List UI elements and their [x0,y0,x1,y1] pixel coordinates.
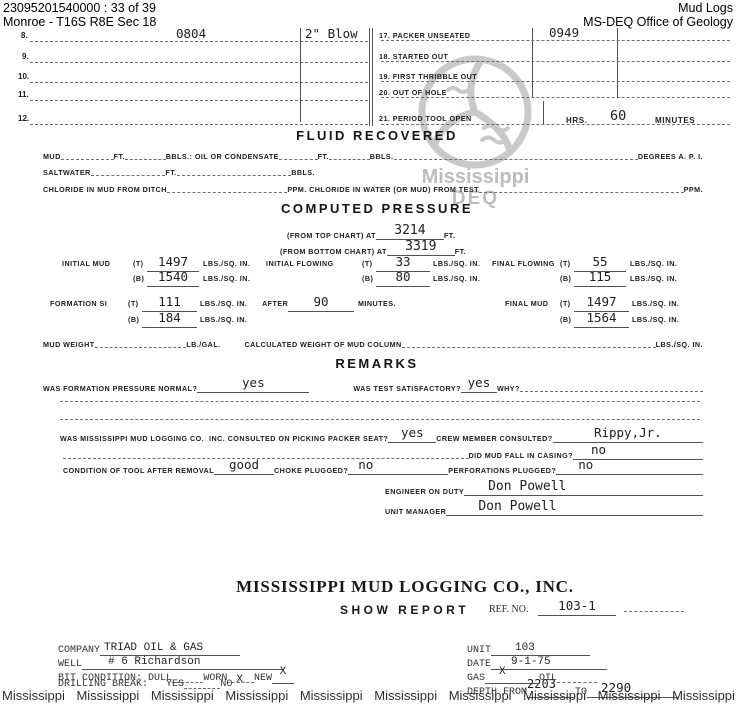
chloride-ditch-label: CHLORIDE IN MUD FROM DITCH [43,185,167,194]
engineer-value: Don Powell [488,479,566,494]
rule-line [30,100,368,101]
doc-office: MS-DEQ Office of Geology [583,15,733,29]
hours-entry: 60 [610,110,626,122]
engineer-field: Don Powell [464,477,703,496]
final-flowing-b-field: 115 [574,268,626,287]
footer-watermark-word: Mississippi [374,688,437,703]
b-label: (B) [560,315,571,324]
final-mud-b-value: 1564 [586,310,616,325]
footer-watermark-word: Mississippi [300,688,363,703]
bottom-chart-depth-value: 3319 [405,239,436,254]
blank-field [520,388,703,392]
after-minutes-field: 90 [288,293,354,312]
footer-watermark-word: Mississippi [523,688,586,703]
row-number: 8. [21,31,28,40]
column-divider [372,28,373,126]
lbs-label: LBS./SQ. IN. [203,259,250,268]
fluid-saltwater-line: SALTWATER FT. BBLS. [43,168,315,177]
blank-field [125,156,166,160]
tool-condition-label: CONDITION OF TOOL AFTER REMOVAL [63,466,214,475]
fluid-mud-line: MUD FT. BBLS.: OIL OR CONDENSATE FT. BBL… [43,152,703,161]
rule-line [381,81,730,82]
b-label: (B) [560,274,571,283]
minutes-label: MINUTES [655,116,695,126]
lbs-label: LBS./SQ. IN. [200,315,247,324]
formation-b-value: 184 [158,310,181,325]
time-entry: 0804 [176,28,206,40]
t-label: (T) [128,299,139,308]
packer-unseated-label: 17. PACKER UNSEATED [379,31,470,40]
column-divider [543,101,544,125]
no-check-mark: X [232,675,243,686]
crew-member-value: Rippy,Jr. [594,425,662,440]
initial-flowing-b-value: 80 [395,269,410,284]
formation-si-label: FORMATION SI [50,299,107,308]
final-flowing-label: FINAL FLOWING [492,259,555,268]
mud-weight-label: MUD WEIGHT [43,340,95,349]
tool-condition-line: CONDITION OF TOOL AFTER REMOVAL good CHO… [63,456,703,475]
rule-line [30,41,368,42]
ppm-label: PPM. [684,185,703,194]
choke-plugged-label: CHOKE PLUGGED? [274,466,348,475]
t-label: (T) [133,259,144,268]
tool-condition-value: good [229,457,259,472]
perforations-plugged-value: no [578,457,593,472]
scanned-mud-log-page: Mississippi DEQ 23095201540000 : 33 of 3… [0,0,737,705]
rule-line [30,124,368,125]
rule-line [381,61,730,62]
after-minutes-value: 90 [313,294,328,309]
blank-field [402,344,656,348]
ft-label: FT. [114,152,125,161]
t-label: (T) [560,299,571,308]
formation-t-value: 111 [158,294,181,309]
company-title: MISSISSIPPI MUD LOGGING CO., INC. [20,577,737,597]
new-check-mark: X [280,666,287,678]
minutes-label: MINUTES. [358,299,396,308]
mud-weight-line: MUD WEIGHT LB./GAL. CALCULATED WEIGHT OF… [43,340,703,349]
test-satisfactory-field: yes [461,374,497,393]
final-flowing-b-value: 115 [589,269,612,284]
doc-location: Monroe - T16S R8E Sec 18 [3,15,156,29]
fluid-recovered-heading: FLUID RECOVERED [20,128,734,143]
rule-line [30,82,368,83]
row-number: 12. [18,114,29,123]
started-out-label: 18. STARTED OUT [379,52,448,61]
blank-field [394,156,638,160]
from-bottom-chart-label: (FROM BOTTOM CHART) AT [280,247,387,256]
footer-watermark-word: Mississippi [151,688,214,703]
t-label: (T) [362,259,373,268]
computed-pressure-heading: COMPUTED PRESSURE [20,201,734,216]
lbs-label: LBS./SQ. IN. [632,315,679,324]
after-label: AFTER [262,299,288,308]
header-left: 23095201540000 : 33 of 39 Monroe - T16S … [3,1,156,29]
lbs-label: LBS./SQ. IN. [630,274,677,283]
footer-watermark-row: Mississippi Mississippi Mississippi Miss… [2,688,735,703]
initial-mud-b-field: 1540 [147,268,199,287]
engineer-on-duty-label: ENGINEER ON DUTY [385,487,464,496]
initial-mud-label: INITIAL MUD [62,259,110,268]
mud-label: MUD [43,152,61,161]
new-checkbox-field: X [272,665,294,684]
rule-line [30,62,368,63]
footer-watermark-word: Mississippi [225,688,288,703]
blank-field [177,172,291,176]
hrs-label: HRS. [566,116,588,126]
blank-field [279,156,318,160]
lb-gal-label: LB./GAL. [186,340,220,349]
time-entry: 0949 [549,27,579,39]
lbs-label: LBS./SQ. IN. [656,340,703,349]
chloride-test-label: PPM. CHLORIDE IN WATER (OR MUD) FROM TES… [287,185,479,194]
column-divider [300,28,301,122]
blank-field [479,189,684,193]
blank-remarks-line [60,419,700,420]
lbs-label: LBS./SQ. IN. [630,259,677,268]
bbls-oil-label: BBLS.: OIL OR CONDENSATE [166,152,279,161]
why-label: WHY? [497,384,520,393]
ref-no-label: REF. NO. [489,604,528,615]
pressure-normal-label: WAS FORMATION PRESSURE NORMAL? [43,384,197,393]
engineer-line: ENGINEER ON DUTY Don Powell [385,477,703,496]
first-thribble-out-label: 19. FIRST THRIBBLE OUT [379,72,477,81]
initial-flowing-t-value: 33 [395,254,410,269]
blank-field [329,156,370,160]
lbs-label: LBS./SQ. IN. [632,299,679,308]
ft-label: FT. [455,247,466,256]
perforations-plugged-field: no [556,456,703,475]
show-report-title: SHOW REPORT [340,603,469,617]
calc-weight-label: CALCULATED WEIGHT OF MUD COLUMN [245,340,402,349]
footer-watermark-word: Mississippi [449,688,512,703]
mud-fall-value: no [591,442,606,457]
footer-watermark-word: Mississippi [672,688,735,703]
blank-field [61,156,114,160]
final-mud-t-value: 1497 [586,294,616,309]
blank-field [91,172,166,176]
final-mud-b-field: 1564 [574,309,629,328]
initial-mud-b-value: 1540 [158,269,188,284]
pressure-normal-value: yes [242,375,265,390]
lbs-label: LBS./SQ. IN. [200,299,247,308]
test-satisfactory-label: WAS TEST SATISFACTORY? [353,384,461,393]
pressure-normal-field: yes [197,374,309,393]
row-number: 9. [22,52,29,61]
doc-type: Mud Logs [583,1,733,15]
remarks-heading: REMARKS [20,356,734,371]
unit-manager-label: UNIT MANAGER [385,507,446,516]
row-number: 10. [18,72,29,81]
b-label: (B) [128,315,139,324]
initial-flowing-label: INITIAL FLOWING [266,259,334,268]
t-label: (T) [560,259,571,268]
ref-no-value: 103-1 [558,598,596,613]
blank-field [95,344,187,348]
formation-b-field: 184 [142,309,197,328]
footer-watermark-word: Mississippi [76,688,139,703]
unit-manager-value: Don Powell [478,499,556,514]
ft-label: FT. [318,152,329,161]
final-mud-label: FINAL MUD [505,299,548,308]
column-divider [532,28,533,97]
bottom-chart-line: (FROM BOTTOM CHART) AT 3319 FT. [280,237,466,256]
final-flowing-t-value: 55 [592,254,607,269]
tool-condition-field: good [214,456,274,475]
bbls-label: BBLS. [291,168,315,177]
footer-watermark-word: Mississippi [2,688,65,703]
degrees-api-label: DEGREES A. P. I. [638,152,703,161]
fluid-chloride-line: CHLORIDE IN MUD FROM DITCH PPM. CHLORIDE… [43,185,703,194]
unit-manager-line: UNIT MANAGER Don Powell [385,497,703,516]
lbs-label: LBS./SQ. IN. [433,274,480,283]
bbls-label: BBLS. [370,152,394,161]
rule-line [381,97,730,98]
b-label: (B) [362,274,373,283]
period-tool-open-label: 21. PERIOD TOOL OPEN [379,114,472,123]
blank-field [167,189,287,193]
initial-flowing-b-field: 80 [376,268,430,287]
choke-plugged-field: no [348,456,448,475]
note-entry: 2" Blow [305,28,358,40]
gas-check-mark: X [499,666,506,678]
out-of-hole-label: 20. OUT OF HOLE [379,88,447,97]
column-divider [617,28,618,97]
rule-line [624,611,684,612]
initial-mud-t-value: 1497 [158,254,188,269]
ref-no-field: 103-1 [538,597,616,616]
header-right: Mud Logs MS-DEQ Office of Geology [583,1,733,29]
consulted-value: yes [401,425,424,440]
top-chart-depth-value: 3214 [394,223,425,238]
column-divider [369,28,370,126]
saltwater-label: SALTWATER [43,168,91,177]
perforations-plugged-label: PERFORATIONS PLUGGED? [448,466,556,475]
row-number: 11. [18,90,29,99]
ft-label: FT. [165,168,176,177]
blank-remarks-line [60,401,700,402]
lbs-label: LBS./SQ. IN. [203,274,250,283]
pressure-normal-line: WAS FORMATION PRESSURE NORMAL? yes WAS T… [43,374,703,393]
rule-line [381,40,730,41]
doc-id: 23095201540000 : 33 of 39 [3,1,156,15]
lbs-label: LBS./SQ. IN. [433,259,480,268]
test-satisfactory-value: yes [468,375,491,390]
new-label: NEW [254,673,272,684]
choke-plugged-value: no [358,457,373,472]
b-label: (B) [133,274,144,283]
unit-manager-field: Don Powell [446,497,703,516]
footer-watermark-word: Mississippi [598,688,661,703]
